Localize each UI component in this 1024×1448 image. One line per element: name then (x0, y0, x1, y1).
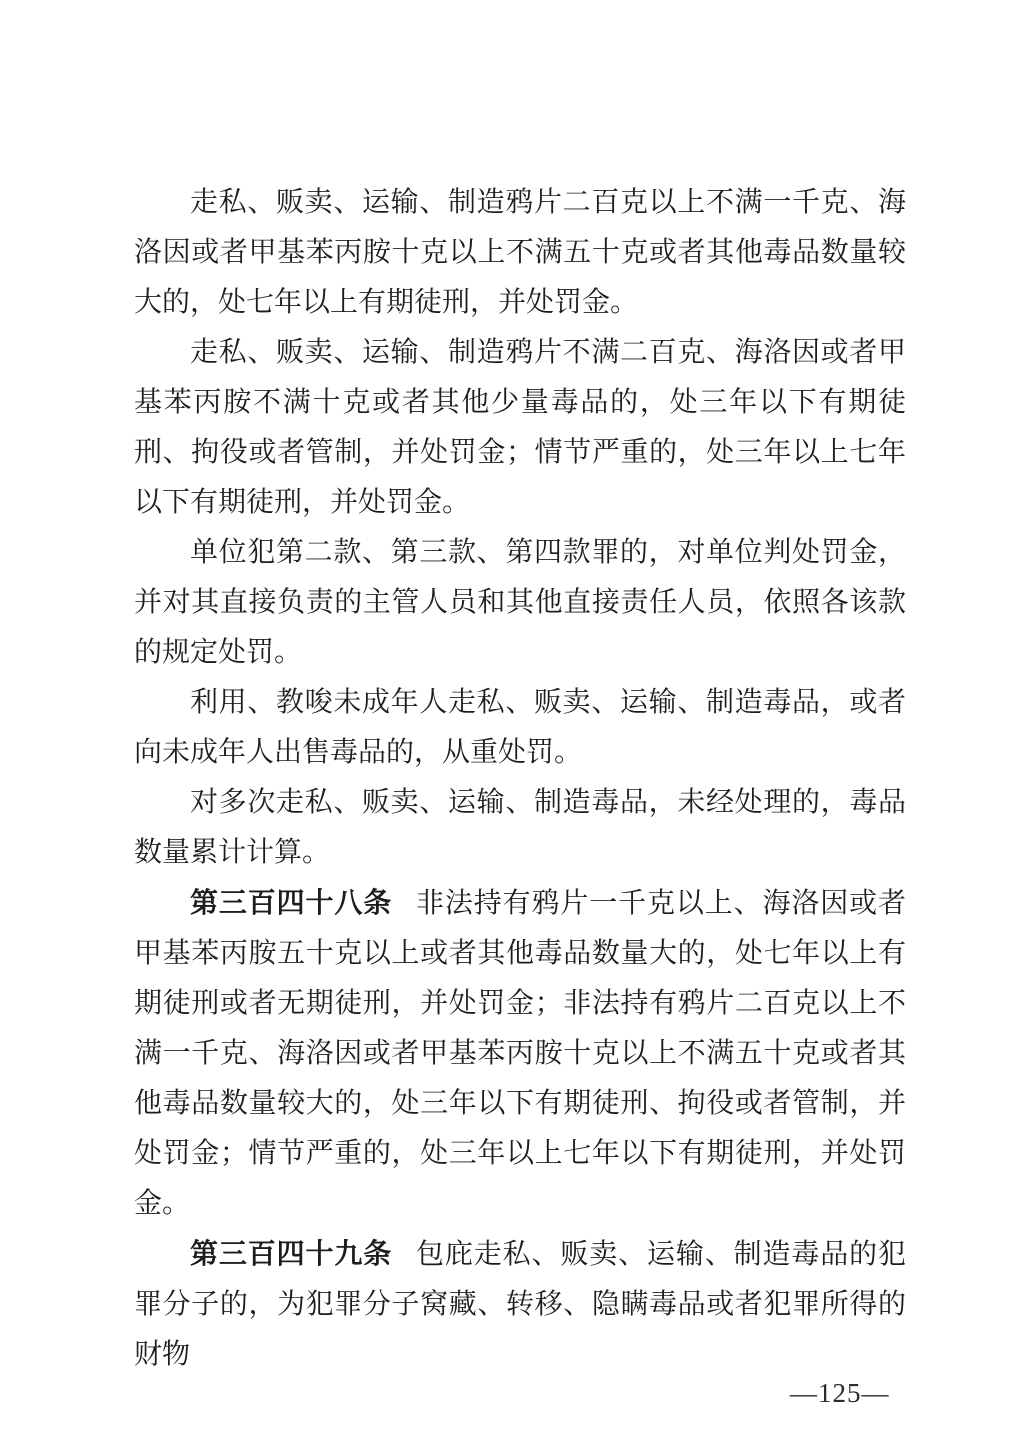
paragraph-article-348: 第三百四十八条非法持有鸦片一千克以上、海洛因或者甲基苯丙胺五十克以上或者其他毒品… (134, 878, 906, 1229)
statute-text-block: 走私、贩卖、运输、制造鸦片二百克以上不满一千克、海洛因或者甲基苯丙胺十克以上不满… (134, 178, 906, 1380)
document-page: 走私、贩卖、运输、制造鸦片二百克以上不满一千克、海洛因或者甲基苯丙胺十克以上不满… (0, 0, 1024, 1448)
page-number: —125— (790, 1378, 890, 1409)
page-footer: —125— (0, 1378, 1024, 1418)
paragraph-article347-clause3: 走私、贩卖、运输、制造鸦片二百克以上不满一千克、海洛因或者甲基苯丙胺十克以上不满… (134, 178, 906, 328)
article-348-text: 非法持有鸦片一千克以上、海洛因或者甲基苯丙胺五十克以上或者其他毒品数量大的，处七… (134, 888, 906, 1219)
paragraph-article-349: 第三百四十九条包庇走私、贩卖、运输、制造毒品的犯罪分子的，为犯罪分子窝藏、转移、… (134, 1229, 906, 1380)
paragraph-article347-clause7: 对多次走私、贩卖、运输、制造毒品，未经处理的，毒品数量累计计算。 (134, 778, 906, 878)
paragraph-article347-clause5: 单位犯第二款、第三款、第四款罪的，对单位判处罚金，并对其直接负责的主管人员和其他… (134, 528, 906, 678)
article-349-number: 第三百四十九条 (190, 1238, 392, 1269)
article-348-number: 第三百四十八条 (190, 887, 392, 918)
paragraph-article347-clause6: 利用、教唆未成年人走私、贩卖、运输、制造毒品，或者向未成年人出售毒品的，从重处罚… (134, 678, 906, 778)
paragraph-article347-clause4: 走私、贩卖、运输、制造鸦片不满二百克、海洛因或者甲基苯丙胺不满十克或者其他少量毒… (134, 328, 906, 528)
